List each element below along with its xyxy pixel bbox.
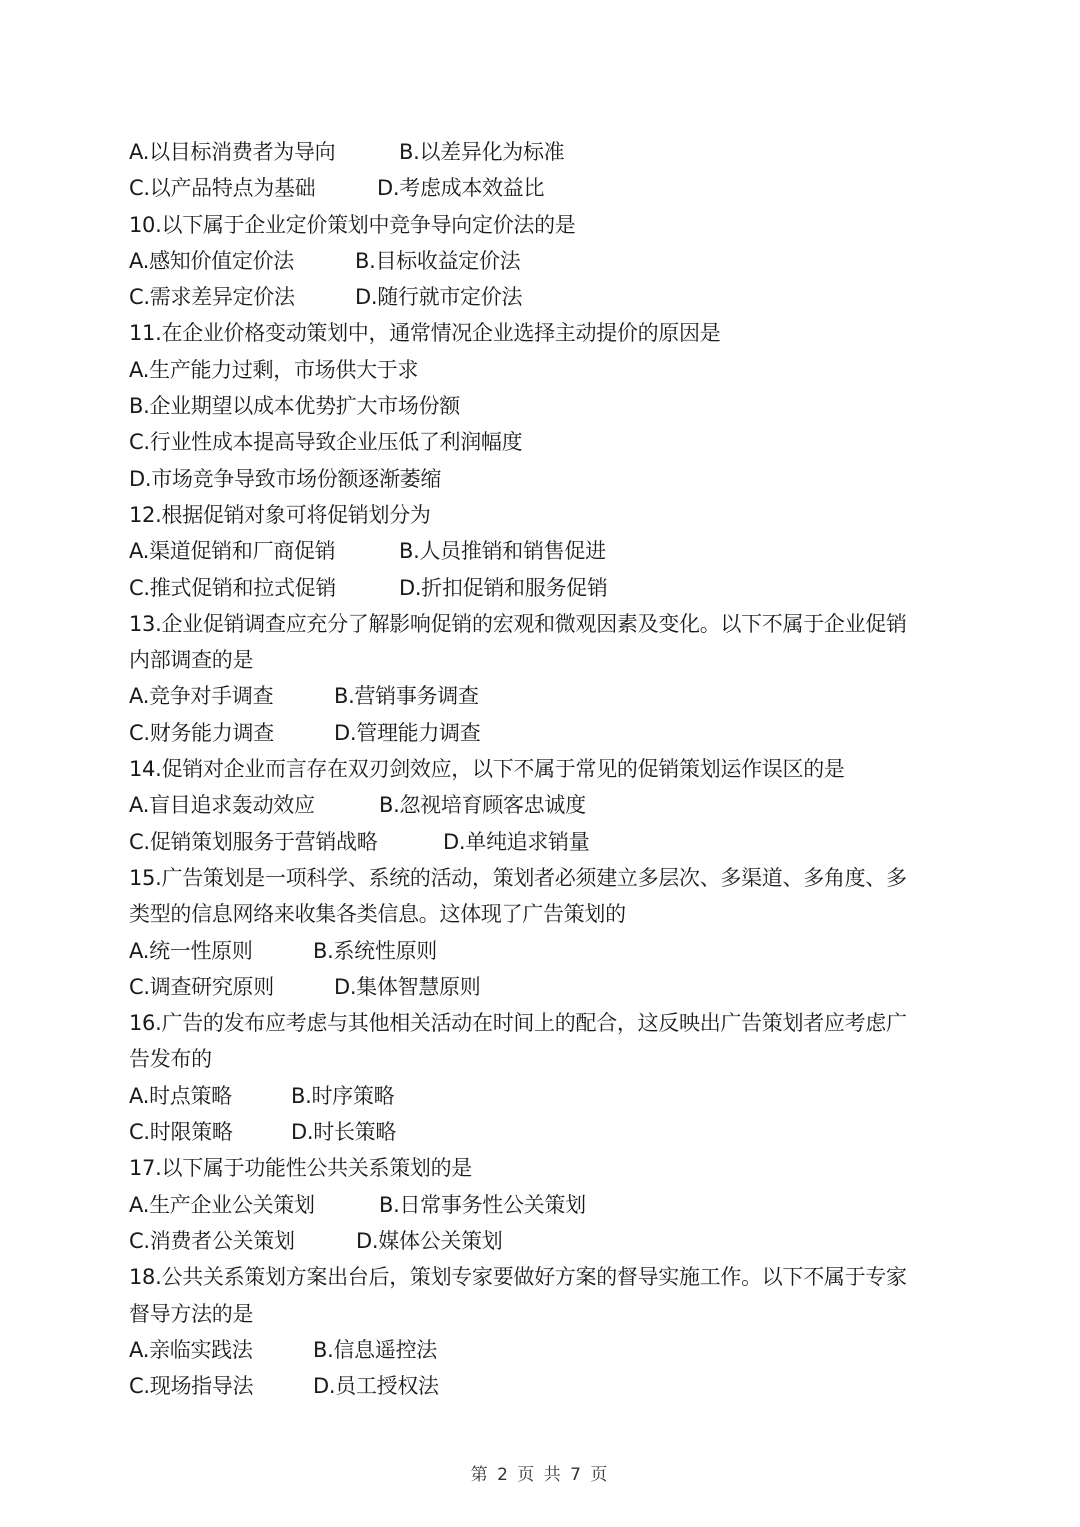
option-row: A.生产企业公关策划B.日常事务性公关策划 [129, 1187, 959, 1223]
option-c: C.消费者公关策划 [129, 1223, 356, 1259]
question-stem: 14.促销对企业而言存在双刃剑效应，以下不属于常见的促销策划运作误区的是 [129, 751, 959, 787]
question-stem: 16.广告的发布应考虑与其他相关活动在时间上的配合，这反映出广告策划者应考虑广 [129, 1005, 959, 1041]
option-b: B.时序策略 [291, 1078, 394, 1114]
option-b: B.日常事务性公关策划 [379, 1187, 586, 1223]
option-d: D.管理能力调查 [334, 715, 480, 751]
option-row: A.亲临实践法B.信息遥控法 [129, 1332, 959, 1368]
option-b: B.信息遥控法 [313, 1332, 437, 1368]
document-page: A.以目标消费者为导向 B.以差异化为标准 C.以产品特点为基础 D.考虑成本效… [0, 0, 1080, 1527]
question-16: 16.广告的发布应考虑与其他相关活动在时间上的配合，这反映出广告策划者应考虑广告… [129, 1005, 959, 1150]
option-a: A.统一性原则 [129, 933, 313, 969]
page-indicator: 第 2 页 共 7 页 [0, 1460, 1080, 1485]
option-b: B.目标收益定价法 [355, 243, 520, 279]
option-d: D.时长策略 [291, 1114, 396, 1150]
question-list: A.以目标消费者为导向 B.以差异化为标准 C.以产品特点为基础 D.考虑成本效… [129, 134, 959, 1404]
question-12: 12.根据促销对象可将促销划分为A.渠道促销和厂商促销B.人员推销和销售促进C.… [129, 497, 959, 606]
option-b: B.系统性原则 [313, 933, 437, 969]
option-row: B.企业期望以成本优势扩大市场份额 [129, 388, 959, 424]
option-c: C.行业性成本提高导致企业压低了利润幅度 [129, 424, 522, 460]
option-row: C.消费者公关策划D.媒体公关策划 [129, 1223, 959, 1259]
question-stem: 类型的信息网络来收集各类信息。这体现了广告策划的 [129, 896, 959, 932]
option-row: A.统一性原则B.系统性原则 [129, 933, 959, 969]
option-d: D.员工授权法 [313, 1368, 439, 1404]
option-d: D.单纯追求销量 [443, 824, 589, 860]
option-c: C.推式促销和拉式促销 [129, 570, 399, 606]
option-d: D.媒体公关策划 [356, 1223, 502, 1259]
question-18: 18.公共关系策划方案出台后，策划专家要做好方案的督导实施工作。以下不属于专家督… [129, 1259, 959, 1404]
option-row: C.行业性成本提高导致企业压低了利润幅度 [129, 424, 959, 460]
question-14: 14.促销对企业而言存在双刃剑效应，以下不属于常见的促销策划运作误区的是A.盲目… [129, 751, 959, 860]
option-a: A.以目标消费者为导向 [129, 134, 399, 170]
option-row: D.市场竞争导致市场份额逐渐萎缩 [129, 461, 959, 497]
question-11: 11.在企业价格变动策划中，通常情况企业选择主动提价的原因是A.生产能力过剩，市… [129, 315, 959, 496]
question-stem: 告发布的 [129, 1041, 959, 1077]
option-c: C.财务能力调查 [129, 715, 334, 751]
question-stem: 18.公共关系策划方案出台后，策划专家要做好方案的督导实施工作。以下不属于专家 [129, 1259, 959, 1295]
option-a: A.亲临实践法 [129, 1332, 313, 1368]
question-stem: 17.以下属于功能性公共关系策划的是 [129, 1150, 959, 1186]
option-c: C.时限策略 [129, 1114, 291, 1150]
question-stem: 10.以下属于企业定价策划中竞争导向定价法的是 [129, 207, 959, 243]
option-row: C.推式促销和拉式促销D.折扣促销和服务促销 [129, 570, 959, 606]
option-d: D.折扣促销和服务促销 [399, 570, 608, 606]
question-stem: 12.根据促销对象可将促销划分为 [129, 497, 959, 533]
question-17: 17.以下属于功能性公共关系策划的是A.生产企业公关策划B.日常事务性公关策划C… [129, 1150, 959, 1259]
option-row: C.时限策略D.时长策略 [129, 1114, 959, 1150]
option-row: C.需求差异定价法D.随行就市定价法 [129, 279, 959, 315]
option-row: C.促销策划服务于营销战略D.单纯追求销量 [129, 824, 959, 860]
option-d: D.市场竞争导致市场份额逐渐萎缩 [129, 461, 441, 497]
option-c: C.现场指导法 [129, 1368, 313, 1404]
option-c: C.以产品特点为基础 [129, 170, 377, 206]
option-a: A.盲目追求轰动效应 [129, 787, 379, 823]
question-stem: 内部调查的是 [129, 642, 959, 678]
option-row: A.竞争对手调查B.营销事务调查 [129, 678, 959, 714]
option-b: B.忽视培育顾客忠诚度 [379, 787, 586, 823]
option-d: D.随行就市定价法 [355, 279, 522, 315]
option-a: A.渠道促销和厂商促销 [129, 533, 399, 569]
question-stem: 13.企业促销调查应充分了解影响促销的宏观和微观因素及变化。以下不属于企业促销 [129, 606, 959, 642]
option-row: A.生产能力过剩，市场供大于求 [129, 352, 959, 388]
option-row: C.财务能力调查D.管理能力调查 [129, 715, 959, 751]
option-a: A.竞争对手调查 [129, 678, 334, 714]
question-15: 15.广告策划是一项科学、系统的活动，策划者必须建立多层次、多渠道、多角度、多类… [129, 860, 959, 1005]
option-row: A.感知价值定价法B.目标收益定价法 [129, 243, 959, 279]
option-d: D.考虑成本效益比 [377, 170, 544, 206]
option-a: A.时点策略 [129, 1078, 291, 1114]
questions: 10.以下属于企业定价策划中竞争导向定价法的是A.感知价值定价法B.目标收益定价… [129, 207, 959, 1405]
option-b: B.人员推销和销售促进 [399, 533, 606, 569]
option-d: D.集体智慧原则 [334, 969, 480, 1005]
question-stem: 11.在企业价格变动策划中，通常情况企业选择主动提价的原因是 [129, 315, 959, 351]
option-b: B.以差异化为标准 [399, 134, 564, 170]
option-row: C.以产品特点为基础 D.考虑成本效益比 [129, 170, 959, 206]
option-c: C.需求差异定价法 [129, 279, 355, 315]
question-stem: 督导方法的是 [129, 1296, 959, 1332]
option-row: A.盲目追求轰动效应B.忽视培育顾客忠诚度 [129, 787, 959, 823]
option-row: C.现场指导法D.员工授权法 [129, 1368, 959, 1404]
option-a: A.感知价值定价法 [129, 243, 355, 279]
option-b: B.营销事务调查 [334, 678, 479, 714]
question-10: 10.以下属于企业定价策划中竞争导向定价法的是A.感知价值定价法B.目标收益定价… [129, 207, 959, 316]
question-stem: 15.广告策划是一项科学、系统的活动，策划者必须建立多层次、多渠道、多角度、多 [129, 860, 959, 896]
option-a: A.生产企业公关策划 [129, 1187, 379, 1223]
option-c: C.促销策划服务于营销战略 [129, 824, 443, 860]
option-b: B.企业期望以成本优势扩大市场份额 [129, 388, 460, 424]
question-13: 13.企业促销调查应充分了解影响促销的宏观和微观因素及变化。以下不属于企业促销内… [129, 606, 959, 751]
option-row: A.以目标消费者为导向 B.以差异化为标准 [129, 134, 959, 170]
option-row: C.调查研究原则D.集体智慧原则 [129, 969, 959, 1005]
option-row: A.时点策略B.时序策略 [129, 1078, 959, 1114]
option-a: A.生产能力过剩，市场供大于求 [129, 352, 418, 388]
option-row: A.渠道促销和厂商促销B.人员推销和销售促进 [129, 533, 959, 569]
option-c: C.调查研究原则 [129, 969, 334, 1005]
